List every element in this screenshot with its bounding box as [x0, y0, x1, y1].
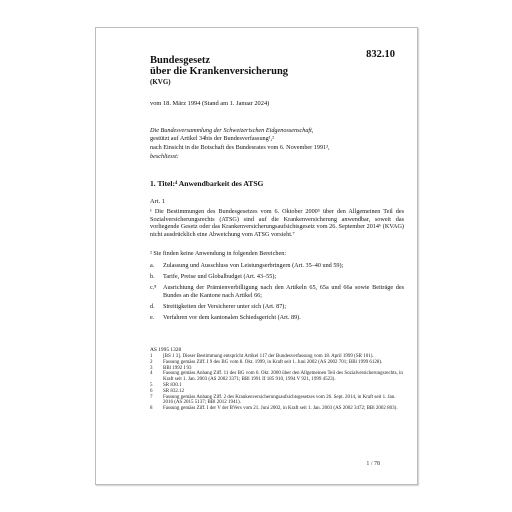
list-item: b.Tarife, Preise und Globalbudget (Art. …: [150, 273, 404, 281]
as-reference: AS 1995 1328: [150, 347, 181, 353]
list-item: d.Streitigkeiten der Versicherer unter s…: [150, 303, 404, 311]
preamble-line3: nach Einsicht in die Botschaft des Bunde…: [150, 144, 330, 152]
preamble-line1: Die Bundesversammlung der Schweizerische…: [150, 127, 330, 135]
preamble-line2: gestützt auf Artikel 34bis der Bundesver…: [150, 135, 330, 143]
document-page: Bundesgesetz über die Krankenversicherun…: [95, 27, 418, 485]
sr-number: 832.10: [366, 49, 395, 60]
preamble-line4: beschliesst:: [150, 153, 330, 161]
footnote: 8Fassung gemäss Ziff. I der V der BVers …: [150, 406, 406, 412]
list-item: a.Zulassung und Ausschluss von Leistungs…: [150, 262, 404, 270]
paragraph-1: ¹ Die Bestimmungen des Bundesgesetzes vo…: [150, 208, 404, 238]
footnote: 4Fassung gemäss Anhang Ziff. 11 des BG v…: [150, 371, 406, 383]
law-title-line2: über die Krankenversicherung: [150, 66, 288, 77]
paragraph-2: ² Sie finden keine Anwendung in folgende…: [150, 250, 286, 257]
law-title-line1: Bundesgesetz: [150, 55, 210, 66]
list-item: c.⁸Ausrichtung der Prämienverbilligung n…: [150, 284, 404, 299]
list-item: e.Verfahren vor dem kantonalen Schiedsge…: [150, 314, 404, 322]
law-abbreviation: (KVG): [150, 78, 171, 86]
footnote: 7Fassung gemäss Anhang Ziff. 2 des Krank…: [150, 395, 406, 407]
footnotes: 1[BS 1 3]. Dieser Bestimmung entspricht …: [150, 354, 406, 412]
date-line: vom 18. März 1994 (Stand am 1. Januar 20…: [150, 100, 269, 107]
section-heading: 1. Titel:⁴ Anwendbarkeit des ATSG: [150, 179, 263, 188]
preamble: Die Bundesversammlung der Schweizerische…: [150, 127, 330, 161]
page-number: 1 / 78: [366, 461, 380, 467]
article-number: Art. 1: [150, 198, 165, 205]
exclusion-list: a.Zulassung und Ausschluss von Leistungs…: [150, 262, 404, 326]
